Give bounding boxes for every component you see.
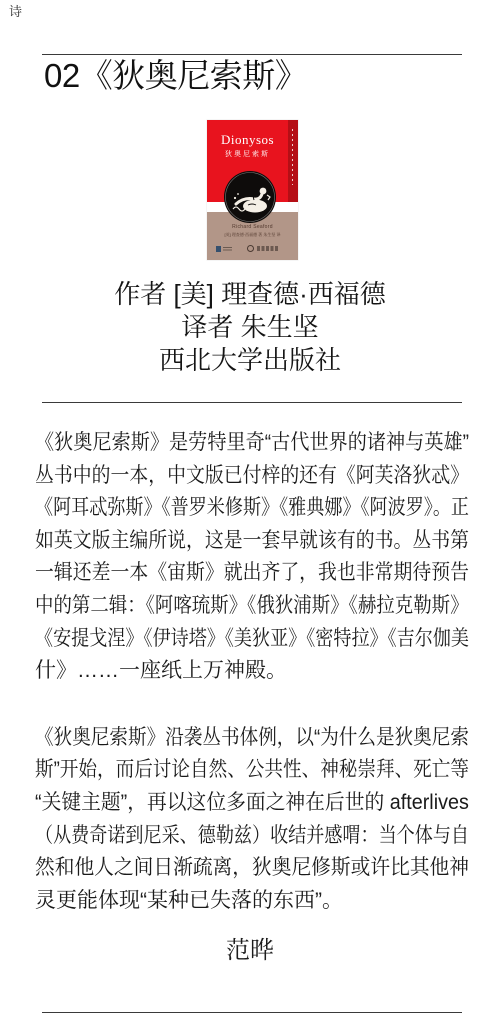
body-line: “关键主题”，再以这位多面之神在后世的 afterlives — [35, 787, 444, 820]
body-line: 然和他人之间日渐疏离，狄奥尼修斯或许比其他神 — [35, 852, 443, 885]
press-name-text — [257, 246, 279, 251]
body-paragraph-1: 《狄奥尼索斯》是劳特里奇“古代世界的诸神与英雄” 丛书中的一本，中文版已付梓的还… — [35, 427, 469, 688]
publisher-logo-icon — [216, 246, 221, 252]
body-line: 《狄奥尼索斯》沿袭丛书体例，以“为什么是狄奥尼索 — [35, 722, 419, 755]
bottom-rule — [42, 1012, 462, 1013]
cover-spine-stripe — [288, 120, 298, 202]
divider-rule — [42, 402, 462, 403]
article-title: 02《狄奥尼索斯》 — [44, 56, 307, 96]
top-rule — [42, 54, 462, 55]
body-line: 如英文版主编所说，这是一套早就该有的书。丛书第 — [35, 525, 425, 558]
publisher-logo-text — [223, 247, 232, 251]
body-line: （从费奇诺到尼采、德勒兹）收结并感喟：当个体与自 — [35, 820, 409, 853]
cover-publisher-logos — [207, 244, 298, 256]
body-line: 丛书中的一本，中文版已付梓的还有《阿芙洛狄忒》 — [35, 460, 425, 493]
cover-medallion — [224, 171, 276, 223]
body-line: 一辑还差一本《宙斯》就出齐了，我也非常期待预告 — [35, 557, 425, 590]
book-cover[interactable]: Dionysos 狄奥尼索斯 Richard Seaford [英] 理查德·西… — [207, 120, 298, 260]
signature: 范晔 — [0, 936, 500, 966]
body-line: 什》……一座纸上万神殿。 — [35, 655, 469, 688]
byline-block: 作者 [美] 理查德·西福德 译者 朱生坚 西北大学出版社 — [0, 278, 500, 377]
body-line: 灵更能体现“某种已失落的东西”。 — [35, 885, 469, 918]
article-body: 《狄奥尼索斯》是劳特里奇“古代世界的诸神与英雄” 丛书中的一本，中文版已付梓的还… — [35, 427, 469, 917]
byline-translator: 译者 朱生坚 — [0, 311, 500, 344]
byline-publisher: 西北大学出版社 — [0, 344, 500, 377]
body-line: 《安提戈涅》《伊诗塔》《美狄亚》《密特拉》《吉尔伽美 — [35, 623, 409, 656]
body-line: 《狄奥尼索斯》是劳特里奇“古代世界的诸神与英雄” — [35, 427, 431, 460]
article-page: 诗 02《狄奥尼索斯》 Dionysos 狄奥尼索斯 Rich — [0, 0, 500, 1025]
cover-author-name: Richard Seaford — [207, 224, 298, 230]
vase-painting-icon — [224, 171, 276, 223]
body-line: 斯”开始，而后讨论自然、公共性、神秘崇拜、死亡等 — [35, 754, 419, 787]
press-seal-icon — [247, 245, 254, 252]
cover-title-chinese: 狄奥尼索斯 — [207, 151, 288, 159]
cover-credit-line: [英] 理查德·西福德 著 朱生坚 译 — [216, 233, 289, 238]
body-line: 《阿耳忒弥斯》《普罗米修斯》《雅典娜》《阿波罗》。正 — [35, 492, 409, 525]
byline-author: 作者 [美] 理查德·西福德 — [0, 278, 500, 311]
body-paragraph-2: 《狄奥尼索斯》沿袭丛书体例，以“为什么是狄奥尼索 斯”开始，而后讨论自然、公共性… — [35, 722, 469, 918]
body-line: 中的第二辑：《阿喀琉斯》《俄狄浦斯》《赫拉克勒斯》 — [35, 590, 416, 623]
watermark-text: 诗 — [9, 4, 22, 19]
cover-title-english: Dionysos — [207, 133, 288, 147]
